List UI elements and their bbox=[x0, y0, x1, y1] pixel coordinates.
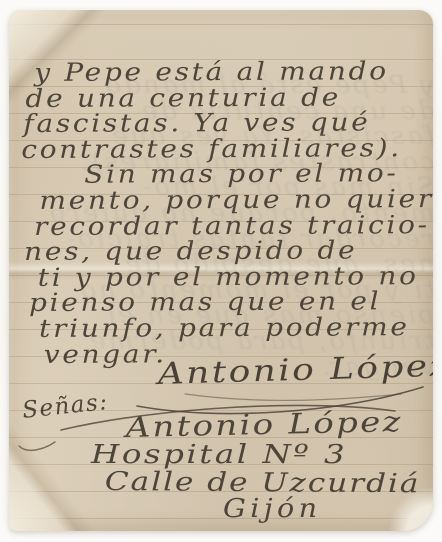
letter-page: y Pepe está al mando de una centuria de … bbox=[9, 10, 433, 531]
handwriting-line: y Pepe está al mando bbox=[34, 58, 433, 85]
handwriting-line: triunfo, para poderme bbox=[39, 314, 433, 341]
letter-scan: y Pepe está al mando de una centuria de … bbox=[0, 0, 442, 542]
address-line-name: Antonio López bbox=[125, 405, 403, 444]
letter-body: y Pepe está al mando de una centuria de … bbox=[23, 58, 433, 367]
handwriting-line: recordar tantas traicio- bbox=[34, 212, 433, 239]
senas-label: Señas: bbox=[21, 389, 110, 424]
address-line-city: Gijón bbox=[223, 494, 322, 524]
address-line-hospital: Hospital Nº 3 bbox=[91, 440, 347, 470]
handwriting-line: de una centuria de bbox=[25, 84, 433, 112]
signature-text: Antonio López bbox=[157, 348, 433, 392]
